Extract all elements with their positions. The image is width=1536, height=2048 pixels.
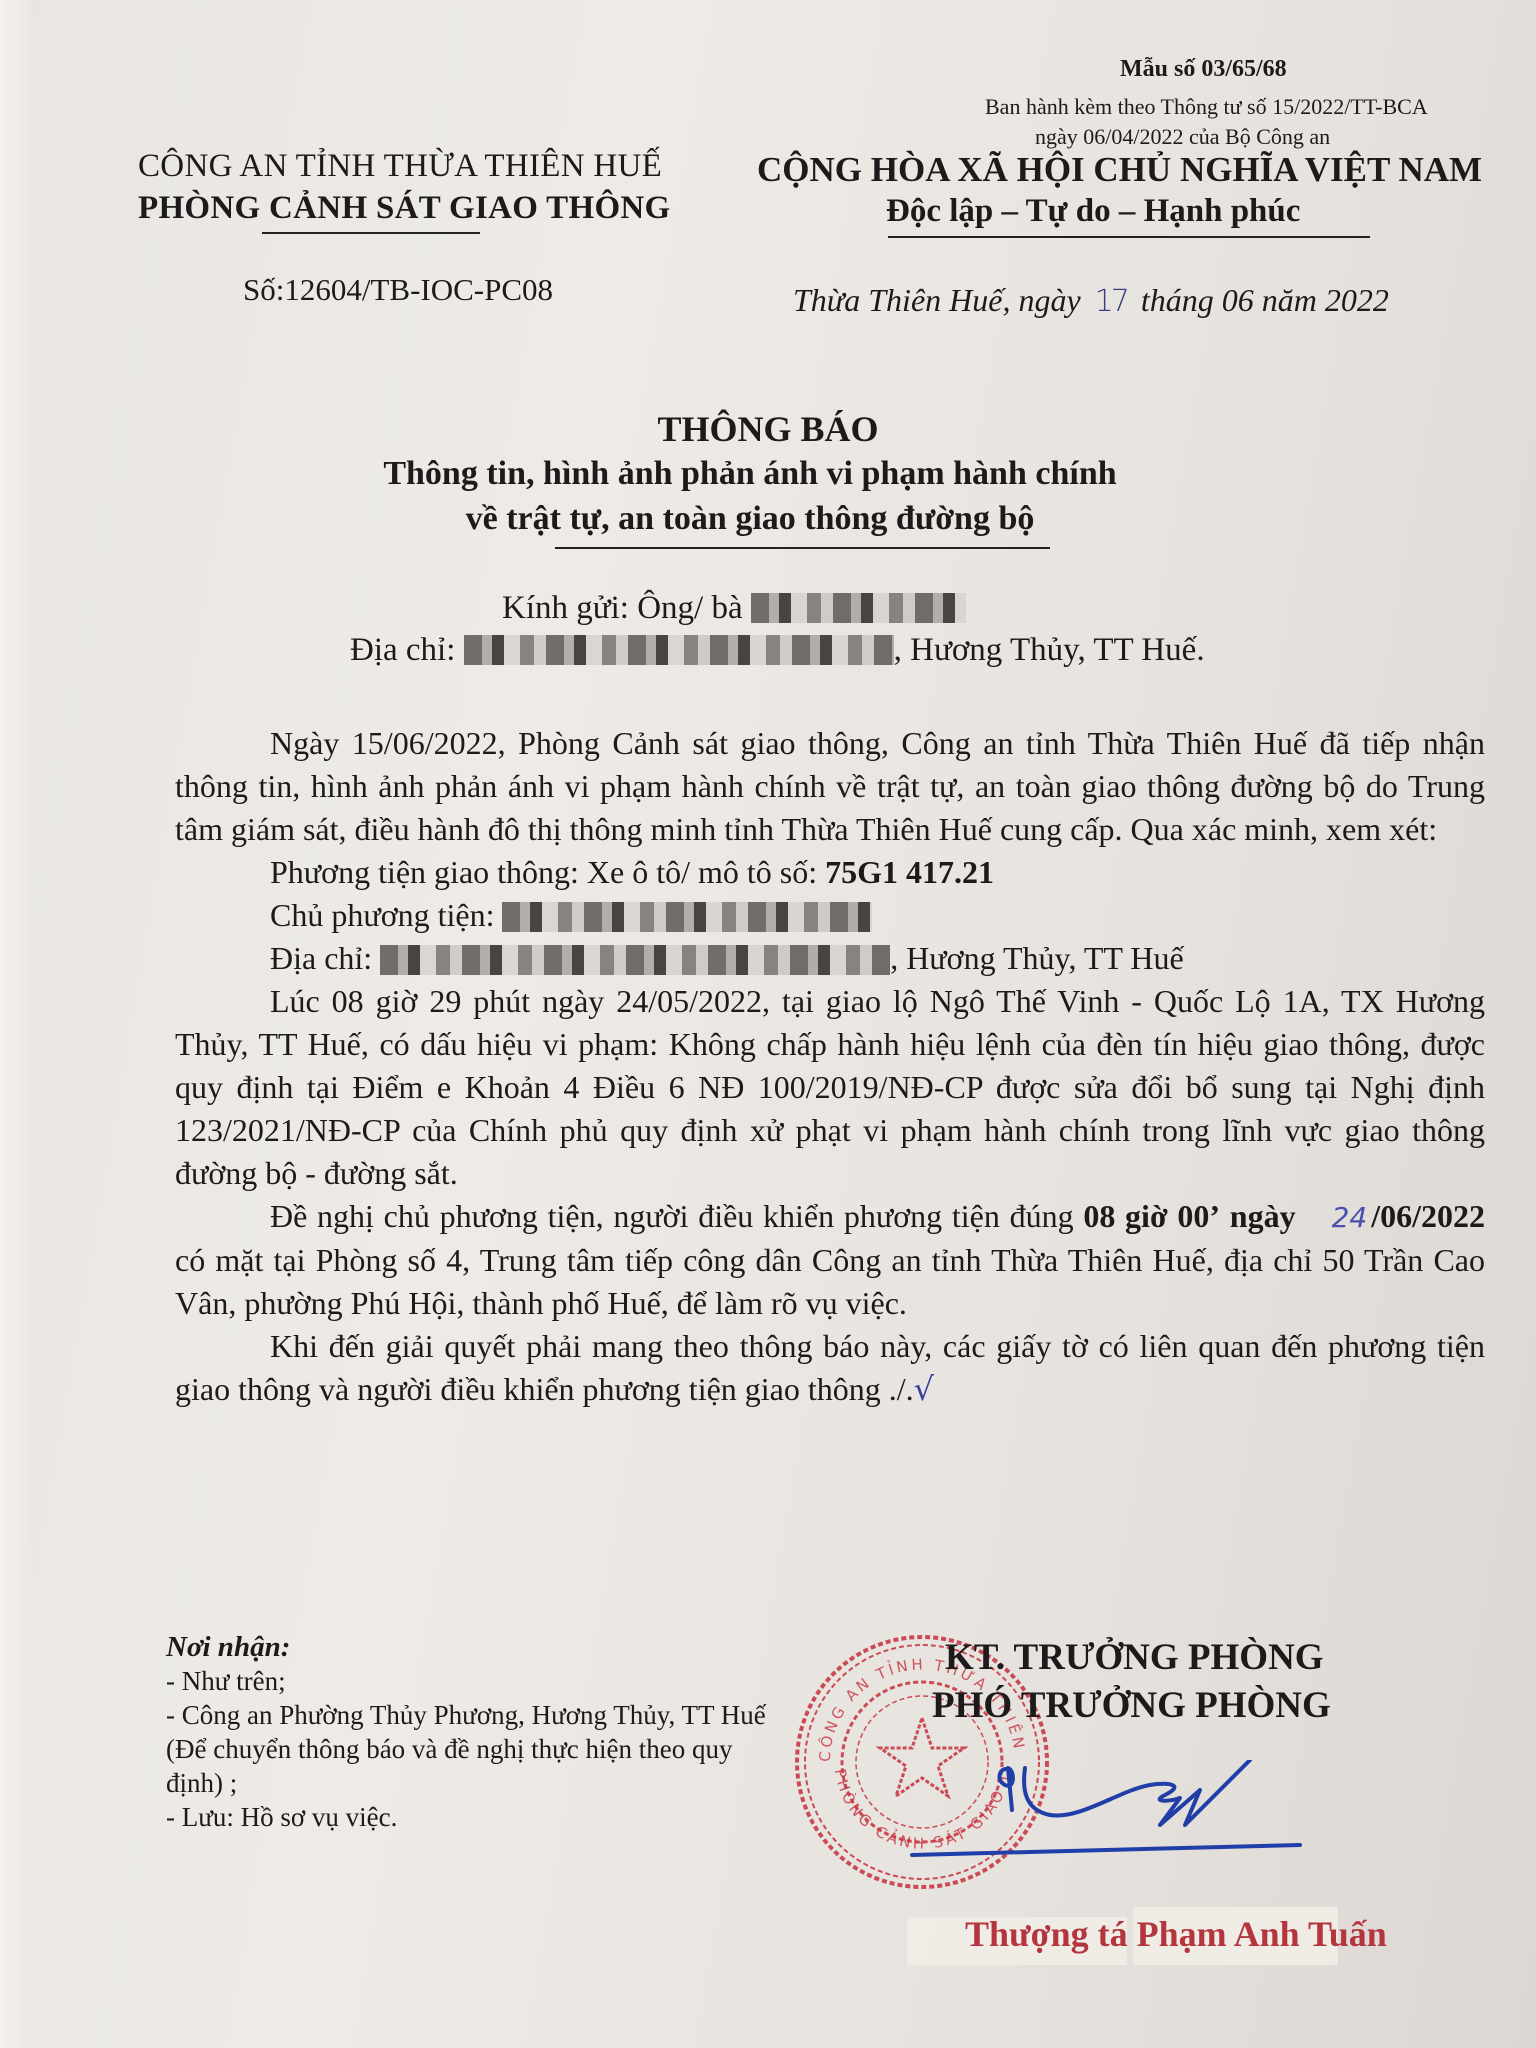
owner-label: Chủ phương tiện: — [270, 897, 494, 933]
intro-paragraph: Ngày 15/06/2022, Phòng Cảnh sát giao thô… — [175, 722, 1485, 851]
national-motto: Độc lập – Tự do – Hạnh phúc — [886, 193, 1300, 230]
signer-name: Thượng tá Phạm Anh Tuấn — [965, 1913, 1387, 1955]
title-underline — [555, 547, 1050, 549]
check-mark-icon: √ — [914, 1370, 934, 1408]
form-issued-line1: Ban hành kèm theo Thông tư số 15/2022/TT… — [985, 94, 1428, 120]
request-prefix: Đề nghị chủ phương tiện, người điều khiể… — [270, 1198, 1074, 1234]
redacted-recipient-address — [464, 635, 894, 665]
signature-title-line2: PHÓ TRƯỞNG PHÒNG — [932, 1684, 1331, 1727]
recipient-item: - Như trên; — [166, 1664, 786, 1698]
motto-underline — [888, 236, 1370, 238]
handwritten-appointment-day: 24 — [1296, 1201, 1372, 1234]
closing-text: Khi đến giải quyết phải mang theo thông … — [175, 1328, 1485, 1407]
request-paragraph: Đề nghị chủ phương tiện, người điều khiể… — [175, 1195, 1485, 1325]
recipients-heading: Nơi nhận: — [166, 1630, 786, 1664]
document-subtitle-line2: về trật tự, an toàn giao thông đường bộ — [0, 500, 1500, 538]
document-body: Ngày 15/06/2022, Phòng Cảnh sát giao thô… — [175, 722, 1485, 1411]
owner-address-label: Địa chỉ: — [270, 940, 372, 976]
owner-line: Chủ phương tiện: — [175, 894, 1485, 937]
document-title: THÔNG BÁO — [0, 408, 1536, 450]
date-suffix: tháng 06 năm 2022 — [1141, 282, 1389, 318]
vehicle-line: Phương tiện giao thông: Xe ô tô/ mô tô s… — [175, 851, 1485, 894]
form-number: Mẫu số 03/65/68 — [1120, 56, 1287, 83]
document-number: Số:12604/TB-IOC-PC08 — [243, 272, 553, 308]
org-name-line2: PHÒNG CẢNH SÁT GIAO THÔNG — [138, 190, 671, 227]
violation-paragraph: Lúc 08 giờ 29 phút ngày 24/05/2022, tại … — [175, 980, 1485, 1195]
recipient-address: Địa chỉ: , Hương Thủy, TT Huế. — [350, 632, 1205, 669]
appointment-day-label: ngày — [1230, 1198, 1296, 1234]
page-edge — [0, 0, 30, 2048]
recipient-item: - Công an Phường Thủy Phương, Hương Thủy… — [166, 1698, 786, 1800]
vehicle-label: Phương tiện giao thông: Xe ô tô/ mô tô s… — [270, 854, 817, 890]
recipients-list: Nơi nhận: - Như trên; - Công an Phường T… — [166, 1630, 786, 1834]
document-date: Thừa Thiên Huế, ngày 17 tháng 06 năm 202… — [793, 282, 1389, 319]
form-issued-line2: ngày 06/04/2022 của Bộ Công an — [1035, 124, 1330, 150]
redacted-owner-name — [502, 902, 872, 932]
signature-title-line1: KT. TRƯỞNG PHÒNG — [945, 1636, 1324, 1679]
salutation: Kính gửi: Ông/ bà — [502, 590, 966, 627]
address-suffix: , Hương Thủy, TT Huế. — [894, 632, 1205, 668]
closing-paragraph: Khi đến giải quyết phải mang theo thông … — [175, 1325, 1485, 1411]
address-label: Địa chỉ: — [350, 632, 455, 668]
org-name-line1: CÔNG AN TỈNH THỪA THIÊN HUẾ — [138, 148, 662, 185]
nation-name: CỘNG HÒA XÃ HỘI CHỦ NGHĨA VIỆT NAM — [757, 150, 1482, 190]
vehicle-plate: 75G1 417.21 — [825, 854, 994, 890]
document-subtitle-line1: Thông tin, hình ảnh phản ánh vi phạm hàn… — [0, 455, 1500, 493]
owner-address-line: Địa chỉ: , Hương Thủy, TT Huế — [175, 937, 1485, 980]
handwritten-signature-icon — [900, 1760, 1320, 1880]
salutation-label: Kính gửi: Ông/ bà — [502, 590, 743, 626]
redacted-owner-address — [380, 945, 890, 975]
org-underline — [262, 232, 480, 234]
request-suffix: có mặt tại Phòng số 4, Trung tâm tiếp cô… — [175, 1242, 1485, 1321]
handwritten-day: 17 — [1089, 284, 1133, 319]
recipient-item: - Lưu: Hồ sơ vụ việc. — [166, 1800, 786, 1834]
redacted-recipient-name — [751, 593, 966, 623]
date-prefix: Thừa Thiên Huế, ngày — [793, 282, 1081, 318]
appointment-time: 08 giờ 00’ — [1083, 1198, 1220, 1234]
appointment-month-year: /06/2022 — [1371, 1198, 1485, 1234]
owner-address-suffix: , Hương Thủy, TT Huế — [890, 940, 1184, 976]
